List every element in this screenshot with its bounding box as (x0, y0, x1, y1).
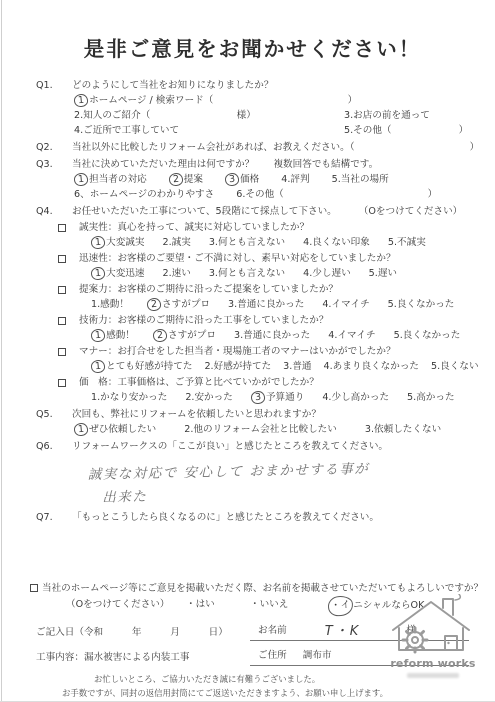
option-number: 3. (365, 422, 374, 437)
option-label: とても好感が持てた (106, 359, 192, 374)
question-q5: Q5. 次回も、弊社にリフォームを依頼したいと思われますか？ (36, 407, 469, 422)
handwritten-line: 出来た (102, 479, 469, 510)
option-number: 1 (90, 235, 105, 249)
option-number: 3. (344, 108, 353, 123)
option-label: 良くなかった (397, 297, 455, 312)
logo-subtext (407, 673, 459, 678)
option-label: 評判 (290, 172, 309, 187)
option-number: 6. (236, 187, 245, 202)
option-label: 価格 (240, 172, 259, 187)
q4-item-price: 価 格：工事価格は、ご予算と比べていかがでしたか？ 1.かなり安かった 2.安か… (58, 375, 469, 405)
option-number: 5. (344, 123, 353, 138)
question-q1: Q1. どのようにして当社をお知りになりましたか？ (36, 78, 469, 93)
question-q4: Q4. お任せいただいた工事について、5段階にて採点して下さい。 （Oをつけてく… (36, 204, 469, 219)
option: 2.好感が持てた (204, 359, 271, 374)
question-text: どのようにして当社をお知りになりましたか？ (72, 78, 273, 93)
q4-item-title: 誠実性：真心を持って、誠実に対応していましたか？ (79, 220, 309, 235)
option-label: 知人のご紹介（ 様） (83, 108, 256, 123)
q4-options-row: 1とても好感が持てた 2.好感が持てた 3.普通 4.あまり良くなかった 5.良… (91, 359, 469, 374)
house-icon (385, 594, 481, 656)
option-number: 4. (303, 235, 312, 250)
option: 1とても好感が持てた (91, 359, 192, 374)
q4-item-title: 技術力：お客様のご期待に沿った工事をしていましたか？ (79, 313, 328, 328)
q4-item-title: 価 格：工事価格は、ご予算と比べていかがでしたか？ (79, 375, 319, 390)
option-number: 2. (204, 359, 213, 374)
option: 4.イマイチ (322, 297, 369, 312)
option: 5.当社の場所 (332, 172, 389, 187)
option-label: ご近所で工事していて (83, 123, 179, 138)
option-number: 2. (185, 390, 194, 405)
checkbox-icon (58, 348, 66, 356)
q4-options-row: 1.感動！ 2さすがプロ 3.普通に良かった 4.イマイチ 5.良くなかった (91, 297, 469, 312)
option-label: 何とも言えない (218, 266, 285, 281)
option-label: 普通に良かった (243, 328, 310, 343)
option: 6.その他（ ） (236, 187, 437, 202)
question-text: お任せいただいた工事について、5段階にて採点して下さい。 (72, 204, 337, 219)
q4-item-skill: 技術力：お客様のご期待に沿った工事をしていましたか？ 1感動！ 2さすがプロ 3… (58, 313, 469, 343)
option-number: 5. (394, 328, 403, 343)
option-number: 4. (74, 123, 83, 138)
q3-options-row: 6、ホームページのわかりやすさ 6.その他（ ） (74, 187, 469, 202)
option: 3.普通 (283, 359, 311, 374)
option: 4.あまり良くなかった (324, 359, 420, 374)
option-label: 高かった (416, 390, 454, 405)
q4-options-row: 1大変迅速 2.速い 3.何とも言えない 4.少し遅い 5.遅い (91, 266, 469, 281)
option: 4.少し高かった (322, 390, 389, 405)
option: 1担当者の対応 (74, 172, 147, 187)
option-number: 1 (90, 328, 105, 342)
option-label: 大変迅速 (106, 266, 144, 281)
question-text: リフォームワークスの「ここが良い」と感じたところを教えてください。 (72, 439, 388, 454)
q1-options-row: 1ホームページ / 検索ワード（ ） (74, 93, 469, 108)
page-title: 是非ご意見をお聞かせください！ (36, 32, 469, 62)
question-label: Q2. (36, 140, 72, 155)
option: 3.依頼したくない (365, 422, 441, 437)
option-label: 好感が持てた (214, 359, 272, 374)
option: 1感動！ (91, 328, 135, 343)
option-label: 速い (172, 266, 191, 281)
logo-text: reform works (385, 657, 481, 670)
checkbox-icon (58, 255, 66, 263)
option-number: 3 (224, 172, 239, 186)
option-number: 5. (431, 359, 440, 374)
option-number: 5. (407, 390, 416, 405)
q4-item-title: マナー：お打合せをした担当者・現場施工者のマナーはいかがでしたか？ (79, 344, 396, 359)
question-text: 当社に決めていただいた理由は何ですか？ 複数回答でも結構です。 (72, 157, 378, 172)
option-number: 1 (73, 93, 88, 107)
option: 3価格 (225, 172, 259, 187)
question-q2: Q2. 当社以外に比較したリフォーム会社があれば、お教えください。（ ） (36, 140, 469, 155)
q4-options-row: 1感動！ 2さすがプロ 3.普通に良かった 4.イマイチ 5.良くなかった (91, 328, 469, 343)
option-number: 1. (91, 390, 100, 405)
option-number: 4. (328, 328, 337, 343)
checkbox-icon (58, 224, 66, 232)
option-number: 4. (324, 359, 333, 374)
option-number: 3 (250, 390, 265, 404)
answer-blank-space (36, 525, 469, 569)
option-number: 3. (209, 266, 218, 281)
option-number: 2. (162, 235, 171, 250)
option-label: 少し高かった (331, 390, 389, 405)
option: 3予算通り (251, 390, 304, 405)
option-number: 3. (283, 359, 292, 374)
option-number: 3. (228, 297, 237, 312)
option-label: 誠実 (172, 235, 191, 250)
option: 6、ホームページのわかりやすさ (74, 187, 214, 202)
option-label: その他（ ） (245, 187, 437, 202)
hand-circle-mark: ・イ (327, 595, 354, 617)
option-label: 良くない (440, 359, 478, 374)
q4-item-speed: 迅速性：お客様のご要望・ご不満に対し、素早い対応をしていましたか？ 1大変迅速 … (58, 251, 469, 281)
option: 5.その他（ ） (344, 123, 468, 138)
option-label: 良くなかった (403, 328, 461, 343)
option-label: 少し遅い (312, 266, 350, 281)
option: 5.良くなかった (388, 297, 455, 312)
option: 4.イマイチ (328, 328, 375, 343)
option-label: あまり良くなかった (333, 359, 419, 374)
q4-item-title-row: 価 格：工事価格は、ご予算と比べていかがでしたか？ (58, 375, 469, 390)
option-number: 3. (234, 328, 243, 343)
option: 5.高かった (407, 390, 455, 405)
question-label: Q4. (36, 204, 72, 219)
option: 3.お店の前を通って (344, 108, 430, 123)
option-number: 2. (162, 266, 171, 281)
question-label: Q7. (36, 510, 72, 525)
option-label: 不誠実 (397, 235, 426, 250)
option-label: 当社の場所 (341, 172, 389, 187)
option-number: 4. (322, 297, 331, 312)
option-number: 5. (369, 266, 378, 281)
q1-options-row: 4.ご近所で工事していて 5.その他（ ） (74, 123, 469, 138)
option-number: 1 (90, 359, 105, 373)
q1-options-row: 2.知人のご紹介（ 様） 3.お店の前を通って (74, 108, 469, 123)
option-number: 1 (73, 172, 88, 186)
question-label: Q5. (36, 407, 72, 422)
option-label: 感動！ (106, 328, 135, 343)
option-label: 普通 (292, 359, 311, 374)
option-number: 1. (91, 297, 100, 312)
gear-icon (403, 628, 427, 652)
q4-item-title-row: 技術力：お客様のご期待に沿った工事をしていましたか？ (58, 313, 469, 328)
option-number: 2 (146, 297, 161, 311)
option-label: ぜひ依頼したい (89, 422, 156, 437)
option: 1大変誠実 (91, 235, 144, 250)
option: 3.普通に良かった (228, 297, 304, 312)
name-label: お名前 (258, 622, 287, 639)
q5-options-row: 1ぜひ依頼したい 2.他のリフォーム会社と比較したい 3.依頼したくない (74, 422, 469, 437)
option: 5.不誠実 (388, 235, 426, 250)
option: 2.知人のご紹介（ 様） (74, 108, 322, 123)
question-note: （Oをつけてください） (359, 204, 463, 219)
option: 1.かなり安かった (91, 390, 167, 405)
option-label: 普通に良かった (237, 297, 304, 312)
question-q7: Q7. 「もっとこうしたら良くなるのに」と感じたところを教えてください。 (36, 510, 469, 525)
option-number: 3. (209, 235, 218, 250)
q4-options-row: 1.かなり安かった 2.安かった 3予算通り 4.少し高かった 5.高かった (91, 390, 469, 405)
q4-item-title-row: マナー：お打合せをした担当者・現場施工者のマナーはいかがでしたか？ (58, 344, 469, 359)
option: 2.速い (162, 266, 190, 281)
handwritten-line: 誠実な対応で 安心して おまかせする事が (88, 461, 370, 483)
option-number: 5. (388, 297, 397, 312)
option-number: 2 (168, 172, 183, 186)
option-number: 2. (184, 422, 193, 437)
option-number: 2 (152, 328, 167, 342)
question-q3: Q3. 当社に決めていただいた理由は何ですか？ 複数回答でも結構です。 (36, 157, 469, 172)
option-label: ホームページ / 検索ワード（ ） (89, 93, 357, 108)
option: 5.良くない (431, 359, 479, 374)
option-number: 6、 (74, 187, 90, 202)
q4-item-manner: マナー：お打合せをした担当者・現場施工者のマナーはいかがでしたか？ 1とても好感… (58, 344, 469, 374)
checkbox-icon (58, 317, 66, 325)
option: 4.少し遅い (303, 266, 351, 281)
work-content-label: 工事内容：漏水被害による内装工事 (36, 649, 250, 666)
option-label: お店の前を通って (353, 108, 430, 123)
q3-options-row: 1担当者の対応 2提案 3価格 4.評判 5.当社の場所 (74, 172, 469, 187)
option: 2さすがプロ (153, 328, 216, 343)
option-no: ・いいえ (250, 596, 328, 616)
option: 2.他のリフォーム会社と比較したい (184, 422, 337, 437)
option-number: 4. (303, 266, 312, 281)
publish-note: （Oをつけてください） (66, 596, 186, 616)
question-label: Q3. (36, 157, 72, 172)
checkbox-icon (30, 584, 38, 592)
option-yes: ・はい (186, 596, 250, 616)
option-label: 依頼したくない (374, 422, 441, 437)
question-label: Q1. (36, 78, 72, 93)
question-text: 当社以外に比較したリフォーム会社があれば、お教えください。（ ） (72, 140, 479, 155)
option-number: 2. (74, 108, 83, 123)
option: 2さすがプロ (147, 297, 210, 312)
company-logo: reform works (385, 594, 481, 678)
return-envelope-message: お手数ですが、同封の返信用封筒にてご返送いただきますよう、お願い申し上げます。 (62, 687, 469, 699)
option-number: 1 (90, 266, 105, 280)
option-label: 予算通り (266, 390, 304, 405)
option: 2.誠実 (162, 235, 190, 250)
option-label: その他（ ） (353, 123, 468, 138)
option-number: 5. (332, 172, 341, 187)
option-number: 1 (73, 422, 88, 436)
handwritten-answer: 誠実な対応で 安心して おまかせする事が 出来た (88, 456, 470, 510)
q4-item-title: 迅速性：お客様のご要望・ご不満に対し、素早い対応をしていましたか？ (79, 251, 396, 266)
question-label: Q6. (36, 439, 72, 454)
checkbox-icon (58, 379, 66, 387)
q4-options-row: 1大変誠実 2.誠実 3.何とも言えない 4.良くない印象 5.不誠実 (91, 235, 469, 250)
option-label: 遅い (378, 266, 397, 281)
option-label: 大変誠実 (106, 235, 144, 250)
survey-page: 是非ご意見をお聞かせください！ Q1. どのようにして当社をお知りになりましたか… (0, 0, 495, 702)
option-number: 5. (388, 235, 397, 250)
question-text: 次回も、弊社にリフォームを依頼したいと思われますか？ (72, 407, 321, 422)
option: 1ぜひ依頼したい (74, 422, 156, 437)
option-label: さすがプロ (162, 297, 210, 312)
option-label: 安かった (194, 390, 232, 405)
option-label: 何とも言えない (218, 235, 285, 250)
option-label: 担当者の対応 (89, 172, 147, 187)
q4-item-title-row: 迅速性：お客様のご要望・ご不満に対し、素早い対応をしていましたか？ (58, 251, 469, 266)
option: 1.感動！ (91, 297, 129, 312)
handwritten-name: T・K (325, 623, 360, 640)
option-label: 良くない印象 (312, 235, 370, 250)
q4-item-sincerity: 誠実性：真心を持って、誠実に対応していましたか？ 1大変誠実 2.誠実 3.何と… (58, 220, 469, 250)
q4-item-title: 提案力：お客様のご期待に沿ったご提案をしていましたか？ (79, 282, 338, 297)
q4-item-proposal: 提案力：お客様のご期待に沿ったご提案をしていましたか？ 1.感動！ 2さすがプロ… (58, 282, 469, 312)
option: 4.評判 (281, 172, 309, 187)
option: 3.普通に良かった (234, 328, 310, 343)
option: 3.何とも言えない (209, 266, 285, 281)
option: 1ホームページ / 検索ワード（ ） (74, 93, 357, 108)
option-label: 他のリフォーム会社と比較したい (193, 422, 336, 437)
address-label: ご住所 (258, 647, 287, 664)
option-label: イマイチ (337, 328, 375, 343)
option-label: さすがプロ (168, 328, 216, 343)
address-value: 調布市 (303, 647, 332, 664)
option-label: ホームページのわかりやすさ (90, 187, 215, 202)
option: 3.何とも言えない (209, 235, 285, 250)
option-label: イマイチ (331, 297, 369, 312)
option-label: かなり安かった (100, 390, 167, 405)
option: 5.遅い (369, 266, 397, 281)
question-text: 「もっとこうしたら良くなるのに」と感じたところを教えてください。 (72, 510, 379, 525)
option: 4.ご近所で工事していて (74, 123, 322, 138)
option: 2.安かった (185, 390, 233, 405)
option-number: 4. (281, 172, 290, 187)
option-label: 提案 (184, 172, 203, 187)
q4-item-title-row: 提案力：お客様のご期待に沿ったご提案をしていましたか？ (58, 282, 469, 297)
question-q6: Q6. リフォームワークスの「ここが良い」と感じたところを教えてください。 (36, 439, 469, 454)
option-label: 感動！ (100, 297, 129, 312)
option-number: 4. (322, 390, 331, 405)
option: 1大変迅速 (91, 266, 144, 281)
option: 4.良くない印象 (303, 235, 370, 250)
option: 5.良くなかった (394, 328, 461, 343)
date-field-label: ご記入日（令和 年 月 日） (36, 624, 250, 641)
checkbox-icon (58, 286, 66, 294)
option: 2提案 (169, 172, 203, 187)
q4-item-title-row: 誠実性：真心を持って、誠実に対応していましたか？ (58, 220, 469, 235)
